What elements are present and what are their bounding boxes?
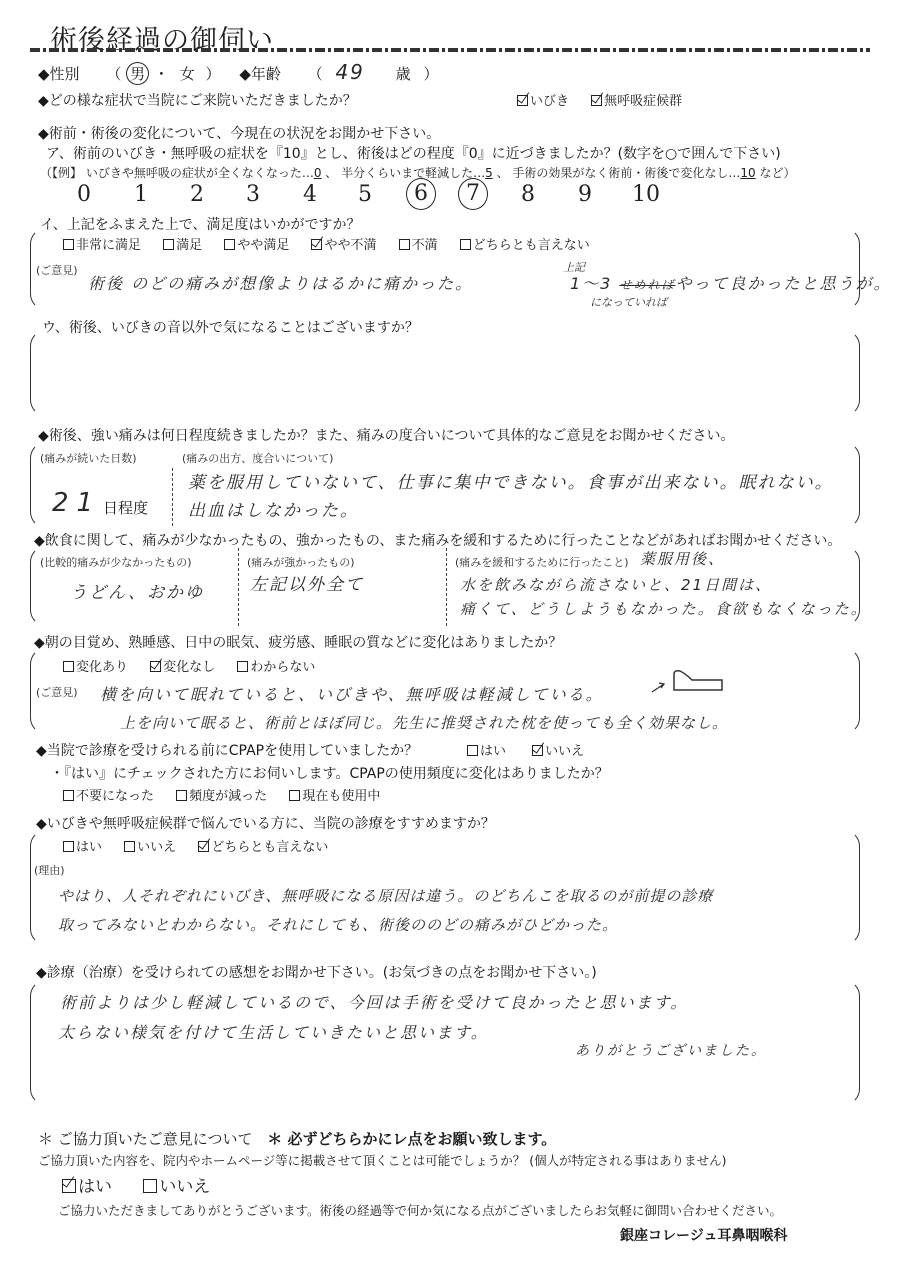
pain-detail-line2[interactable]: 出血はしなかった。 bbox=[188, 496, 359, 521]
food-more-pain-label: (痛みが強かったもの) bbox=[247, 554, 355, 570]
symptom-option-apnea[interactable]: 無呼吸症候群 bbox=[591, 90, 682, 109]
checkbox[interactable] bbox=[237, 661, 248, 672]
cpap-sub-options: 不要になった 頻度が減った 現在も使用中 bbox=[63, 785, 398, 804]
impressions-line3[interactable]: ありがとうございました。 bbox=[575, 1040, 767, 1060]
recommend-option-yes[interactable]: はい bbox=[63, 836, 102, 855]
recommend-reason-line1[interactable]: やはり、人それぞれにいびき、無呼吸になる原因は違う。のどちんこを取るのが前提の診… bbox=[58, 885, 713, 906]
scale-1[interactable]: 1 bbox=[134, 182, 148, 207]
food-relief-label: (痛みを緩和するために行ったこと) bbox=[455, 554, 629, 570]
age-value[interactable]: 49 bbox=[335, 60, 364, 84]
satisfaction-opinion-text[interactable]: 術後 のどの痛みが想像よりはるかに痛かった。 bbox=[88, 271, 473, 294]
checkbox[interactable] bbox=[224, 239, 235, 250]
scale-8[interactable]: 8 bbox=[521, 182, 535, 207]
food-relief-line1[interactable]: 薬服用後、 bbox=[640, 548, 725, 569]
cpap-sub-option-still-using[interactable]: 現在も使用中 bbox=[289, 785, 380, 804]
cpap-sub-question: ・『はい』にチェックされた方にお伺いします。CPAPの使用頻度に変化はありました… bbox=[50, 763, 609, 783]
impressions-line1[interactable]: 術前よりは少し軽減しているので、今回は手術を受けて良かったと思います。 bbox=[60, 990, 688, 1013]
checkbox-checked[interactable] bbox=[311, 239, 322, 250]
consent-option-no[interactable]: いいえ bbox=[143, 1172, 210, 1197]
satisfaction-option-very-satisfied[interactable]: 非常に満足 bbox=[63, 234, 141, 253]
scale-9[interactable]: 9 bbox=[578, 182, 592, 207]
checkbox[interactable] bbox=[63, 661, 74, 672]
opinion-note-bottom: になっていれば bbox=[590, 294, 667, 310]
cpap-question: ◆当院で診療を受けられる前にCPAPを使用していましたか？ bbox=[36, 740, 418, 760]
consent-option-yes[interactable]: はい bbox=[62, 1172, 112, 1197]
food-relief-line2[interactable]: 水を飲みながら流さないと、21日間は、 bbox=[460, 574, 772, 595]
pain-days-label: (痛みが続いた日数) bbox=[40, 450, 137, 466]
scale-0[interactable]: 0 bbox=[77, 182, 91, 207]
satisfaction-option-neutral[interactable]: どちらとも言えない bbox=[460, 234, 590, 253]
morning-opinion-line2[interactable]: 上を向いて眠ると、術前とほぼ同じ。先生に推奨された枕を使っても全く効果なし。 bbox=[120, 712, 728, 733]
satisfaction-options: 非常に満足 満足 やや満足 やや不満 不満 どちらとも言えない bbox=[63, 234, 608, 253]
opinion-tail[interactable]: 1〜3 せめればやって良かったと思うが。 bbox=[570, 271, 892, 294]
food-less-pain-label: (比較的痛みが少なかったもの) bbox=[40, 554, 192, 570]
checkbox-checked[interactable] bbox=[62, 1179, 76, 1193]
recommend-option-neutral[interactable]: どちらとも言えない bbox=[198, 836, 328, 855]
change-scale: 0 1 2 3 4 5 6 7 8 9 10 bbox=[72, 180, 692, 214]
other-concerns-answer-box[interactable] bbox=[30, 330, 860, 416]
morning-options: 変化あり 変化なし わからない bbox=[63, 656, 333, 675]
recommend-options: はい いいえ どちらとも言えない bbox=[63, 836, 346, 855]
gender-label: ◆性別 bbox=[38, 65, 80, 83]
checkbox[interactable] bbox=[143, 1179, 157, 1193]
pain-divider bbox=[172, 468, 173, 526]
scale-5[interactable]: 5 bbox=[358, 182, 372, 207]
cpap-options: はい いいえ bbox=[467, 740, 602, 759]
change-question: ◆術前・術後の変化について、今現在の状況をお聞かせ下さい。 bbox=[38, 123, 440, 143]
morning-opinion-line1[interactable]: 横を向いて眠れていると、いびきや、無呼吸は軽減している。 bbox=[100, 682, 604, 705]
symptoms-question: ◆どの様な症状で当院にご来院いただきましたか？ bbox=[38, 90, 357, 110]
scale-2[interactable]: 2 bbox=[190, 182, 204, 207]
gender-female-option[interactable]: 女 bbox=[180, 65, 195, 83]
food-relief-line3[interactable]: 痛くて、どうしようもなかった。食欲もなくなった。 bbox=[460, 598, 868, 619]
change-sub-a: ア、術前のいびき・無呼吸の症状を『10』とし、術後はどの程度『0』に近づきました… bbox=[46, 143, 781, 163]
scale-7-circled[interactable]: 7 bbox=[458, 178, 488, 210]
scale-6-circled[interactable]: 6 bbox=[406, 178, 436, 210]
impressions-question: ◆診療（治療）を受けられての感想をお聞かせ下さい。(お気づきの点をお聞かせ下さい… bbox=[36, 962, 597, 982]
satisfaction-option-somewhat-satisfied[interactable]: やや満足 bbox=[224, 234, 289, 253]
cpap-option-no[interactable]: いいえ bbox=[532, 740, 584, 759]
consent-question: ご協力頂いた内容を、院内やホームページ等に掲載させて頂くことは可能でしょうか？ … bbox=[38, 1151, 726, 1169]
checkbox[interactable] bbox=[289, 790, 300, 801]
satisfaction-option-dissatisfied[interactable]: 不満 bbox=[399, 234, 438, 253]
satisfaction-option-satisfied[interactable]: 満足 bbox=[163, 234, 202, 253]
profile-row: ◆性別 （ 男 ・ 女 ） ◆年齢 （ 49 歳 ） bbox=[38, 60, 438, 85]
checkbox-checked[interactable] bbox=[517, 95, 528, 106]
title-divider bbox=[30, 48, 870, 52]
checkbox[interactable] bbox=[63, 841, 74, 852]
cpap-sub-option-reduced[interactable]: 頻度が減った bbox=[176, 785, 267, 804]
checkbox[interactable] bbox=[63, 790, 74, 801]
checkbox[interactable] bbox=[63, 239, 74, 250]
checkbox[interactable] bbox=[176, 790, 187, 801]
checkbox[interactable] bbox=[124, 841, 135, 852]
morning-option-no-change[interactable]: 変化なし bbox=[150, 656, 215, 675]
food-less-pain-value[interactable]: うどん、おかゆ bbox=[70, 578, 204, 603]
pain-days-unit: 日程度 bbox=[103, 497, 148, 518]
checkbox-checked[interactable] bbox=[198, 841, 209, 852]
food-divider-2 bbox=[446, 548, 447, 626]
pain-days-value[interactable]: 21 bbox=[52, 488, 101, 518]
symptoms-options: いびき 無呼吸症候群 bbox=[517, 90, 700, 109]
consent-options: はい いいえ bbox=[62, 1172, 228, 1197]
checkbox[interactable] bbox=[163, 239, 174, 250]
food-divider-1 bbox=[238, 548, 239, 626]
checkbox-checked[interactable] bbox=[532, 745, 543, 756]
cpap-sub-option-unneeded[interactable]: 不要になった bbox=[63, 785, 154, 804]
age-label: ◆年齢 bbox=[239, 65, 281, 83]
impressions-line2[interactable]: 太らない様気を付けて生活していきたいと思います。 bbox=[58, 1020, 489, 1043]
morning-option-unknown[interactable]: わからない bbox=[237, 656, 315, 675]
consent-heading: ＊ ご協力頂いたご意見について ＊ 必ずどちらかにレ点をお願い致します。 bbox=[38, 1128, 556, 1149]
checkbox[interactable] bbox=[467, 745, 478, 756]
cpap-option-yes[interactable]: はい bbox=[467, 740, 506, 759]
scale-3[interactable]: 3 bbox=[246, 182, 260, 207]
clinic-name: 銀座コレージュ耳鼻咽喉科 bbox=[620, 1225, 787, 1245]
gender-male-option[interactable]: 男 bbox=[126, 62, 149, 85]
recommend-reason-line2[interactable]: 取ってみないとわからない。それにしても、術後ののどの痛みがひどかった。 bbox=[58, 914, 618, 935]
pillow-sketch-icon bbox=[650, 668, 730, 700]
satisfaction-option-somewhat-dissatisfied[interactable]: やや不満 bbox=[311, 234, 376, 253]
morning-opinion-label: (ご意見) bbox=[36, 684, 78, 700]
food-more-pain-value[interactable]: 左記以外全て bbox=[250, 570, 364, 595]
checkbox[interactable] bbox=[460, 239, 471, 250]
pain-detail-label: (痛みの出方、度合いについて) bbox=[182, 450, 333, 466]
morning-option-changed[interactable]: 変化あり bbox=[63, 656, 128, 675]
satisfaction-opinion-label: (ご意見) bbox=[36, 262, 78, 278]
scale-4[interactable]: 4 bbox=[303, 182, 317, 207]
recommend-option-no[interactable]: いいえ bbox=[124, 836, 176, 855]
consent-thanks: ご協力いただきましてありがとうございます。術後の経過等で何か気になる点がございま… bbox=[58, 1201, 782, 1219]
symptom-option-snoring[interactable]: いびき bbox=[517, 90, 569, 109]
pain-detail-line1[interactable]: 薬を服用していないて、仕事に集中できない。食事が出来ない。眠れない。 bbox=[188, 468, 834, 493]
checkbox-checked[interactable] bbox=[150, 661, 161, 672]
checkbox-checked[interactable] bbox=[591, 95, 602, 106]
recommend-reason-label: (理由) bbox=[34, 862, 65, 878]
scale-10[interactable]: 10 bbox=[632, 182, 660, 207]
checkbox[interactable] bbox=[399, 239, 410, 250]
